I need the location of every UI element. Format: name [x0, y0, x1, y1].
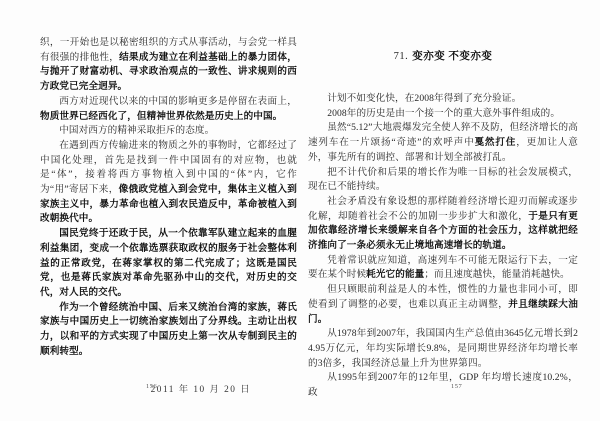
page-right: 71.变亦变 不变亦变 计划不如变化快，在2008年得到了充分验证。2008年的…	[300, 0, 600, 421]
chapter-number: 71.	[394, 51, 409, 62]
page-number-right: 157	[451, 383, 462, 391]
chapter-title: 71.变亦变 不变亦变	[308, 50, 578, 64]
paragraph: 作为一个曾经统治中国、后来又统治台湾的家族，蒋氏家族与中国历史上一切统治家族划出…	[40, 301, 297, 360]
right-page-body: 计划不如变化快，在2008年得到了充分验证。2008年的历史是由一个接一个的重大…	[308, 92, 578, 401]
text-run: ；而且速度越快，能量消耗越快。	[424, 269, 569, 280]
page-number-left: 156	[146, 383, 157, 391]
text-run: 计划不如变化快，在2008年得到了充分验证。	[327, 93, 521, 104]
left-page-body: 织，一开始也是以秘密组织的方式从事活动，与会党一样具有很强的排他性，结果成为建立…	[40, 36, 297, 359]
paragraph: 从1978年到2007年，我国国内生产总值由3645亿元增长到24.95万亿元，…	[308, 327, 578, 371]
date-line: 2011 年 10 月 20 日	[40, 383, 297, 397]
right-page-text-block: 71.变亦变 不变亦变 计划不如变化快，在2008年得到了充分验证。2008年的…	[308, 50, 578, 401]
paragraph: 但只顾眼前利益是人的本性，惯性的力量也非同小可，即使看到了调整的必要，也难以真正…	[308, 283, 578, 327]
page-left: 织，一开始也是以秘密组织的方式从事活动，与会党一样具有很强的排他性，结果成为建立…	[0, 0, 300, 421]
paragraph: 在遇到西方传输进来的物质之外的事物时，它都经过了中国化处理，首先是找到一件中国固…	[40, 139, 297, 227]
text-run: 从1995年到2007年的12年里，GDP 年均增长速度10.2%，政	[308, 372, 578, 398]
scanned-book-spread: 织，一开始也是以秘密组织的方式从事活动，与会党一样具有很强的排他性，结果成为建立…	[0, 0, 600, 421]
paragraph: 凭着常识就应知道，高速列车不可能无限运行下去，一定要在某个时候耗光它的能量；而且…	[308, 254, 578, 283]
emphasized-text-run: 作为一个曾经统治中国、后来又统治台湾的家族，蒋氏家族与中国历史上一切统治家族划出…	[40, 302, 297, 357]
paragraph: 国民党终于还政于民，从一个依靠军队建立起来的血腥利益集团，变成一个依靠选票获取政…	[40, 227, 297, 301]
paragraph: 把不计代价和后果的增长作为唯一目标的社会发展模式，现在已不能持续。	[308, 166, 578, 195]
paragraph: 从1995年到2007年的12年里，GDP 年均增长速度10.2%，政	[308, 371, 578, 400]
emphasized-text-run: 耗光它的能量	[366, 269, 424, 280]
paragraph: 社会矛盾没有象设想的那样随着经济增长迎刃而解或逐步化解，却随着社会不公的加剧一步…	[308, 195, 578, 254]
text-run: 2008年的历史是由一个接一个的重大意外事件组成的。	[327, 108, 560, 119]
paragraph: 西方对近现代以来的中国的影响更多是停留在表面上，物质世界已经西化了，但精神世界依…	[40, 95, 297, 124]
text-run: 从1978年到2007年，我国国内生产总值由3645亿元增长到24.95万亿元，…	[308, 328, 578, 368]
paragraph: 织，一开始也是以秘密组织的方式从事活动，与会党一样具有很强的排他性，结果成为建立…	[40, 36, 297, 95]
left-page-text-block: 织，一开始也是以秘密组织的方式从事活动，与会党一样具有很强的排他性，结果成为建立…	[40, 36, 297, 397]
paragraph: 中国对西方的精神采取拒斥的态度。	[40, 124, 297, 139]
chapter-title-text: 变亦变 不变亦变	[412, 51, 492, 62]
emphasized-text-run: 戛然打住	[475, 137, 517, 148]
text-run: 中国对西方的精神采取拒斥的态度。	[59, 125, 214, 136]
paragraph: 计划不如变化快，在2008年得到了充分验证。	[308, 92, 578, 107]
text-run: 西方对近现代以来的中国的影响更多是停留在表面上，	[59, 96, 297, 107]
paragraph: 虽然“5.12”大地震爆发完全使人猝不及防，但经济增长的高速列车在一片颂扬“奇迹…	[308, 121, 578, 165]
emphasized-text-run: 国民党终于还政于民，从一个依靠军队建立起来的血腥利益集团，变成一个依靠选票获取政…	[40, 228, 297, 298]
text-run: 把不计代价和后果的增长作为唯一目标的社会发展模式，现在已不能持续。	[308, 167, 578, 193]
paragraph: 2008年的历史是由一个接一个的重大意外事件组成的。	[308, 107, 578, 122]
emphasized-text-run: 物质世界已经西化了，但精神世界依然是历史上的中国。	[40, 111, 282, 122]
